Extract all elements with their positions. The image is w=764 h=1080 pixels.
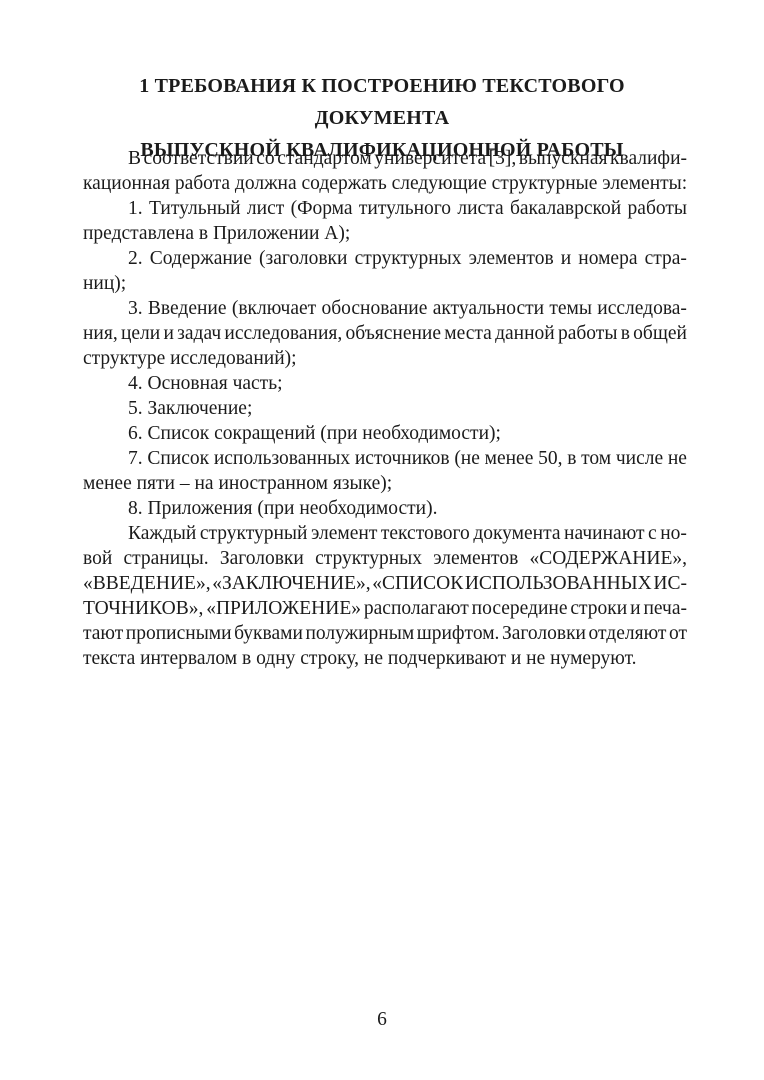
text-line: войстраницы.Заголовкиструктурныхэлементо… xyxy=(83,546,687,571)
paragraph: 7.Списокиспользованныхисточников(неменее… xyxy=(83,446,687,496)
paragraph: 5. Заключение; xyxy=(83,396,687,421)
paragraph: 3.Введение(включаетобоснованиеактуальнос… xyxy=(83,296,687,371)
text-line: ния,целиизадачисследования,объяснениемес… xyxy=(83,321,687,346)
text-line: «ВВЕДЕНИЕ»,«ЗАКЛЮЧЕНИЕ»,«СПИСОКИСПОЛЬЗОВ… xyxy=(83,571,687,596)
text-line: таютпрописнымибуквамиполужирнымшрифтом.З… xyxy=(83,621,687,646)
text-line: Всоответствиисостандартомуниверситета[3]… xyxy=(83,146,687,171)
text-line: кационная работа должна содержать следую… xyxy=(83,171,687,196)
text-line: представлена в Приложении А); xyxy=(83,221,687,246)
paragraph: 6. Список сокращений (при необходимости)… xyxy=(83,421,687,446)
text-line: Каждыйструктурныйэлементтекстовогодокуме… xyxy=(83,521,687,546)
text-line: 8. Приложения (при необходимости). xyxy=(83,496,687,521)
document-page: 1 ТРЕБОВАНИЯ К ПОСТРОЕНИЮ ТЕКСТОВОГО ДОК… xyxy=(0,0,764,1080)
text-line: 3.Введение(включаетобоснованиеактуальнос… xyxy=(83,296,687,321)
page-number: 6 xyxy=(0,1007,764,1032)
paragraph: 4. Основная часть; xyxy=(83,371,687,396)
text-line: менее пяти – на иностранном языке); xyxy=(83,471,687,496)
text-line: структуре исследований); xyxy=(83,346,687,371)
section-heading-line-1: 1 ТРЕБОВАНИЯ К ПОСТРОЕНИЮ ТЕКСТОВОГО ДОК… xyxy=(80,70,684,134)
text-line: 6. Список сокращений (при необходимости)… xyxy=(83,421,687,446)
text-line: 1.Титульныйлист(Форматитульноголистабака… xyxy=(83,196,687,221)
paragraph: 1.Титульныйлист(Форматитульноголистабака… xyxy=(83,196,687,246)
paragraph: Каждыйструктурныйэлементтекстовогодокуме… xyxy=(83,521,687,671)
text-line: 2.Содержание(заголовкиструктурныхэлемент… xyxy=(83,246,687,271)
text-line: 7.Списокиспользованныхисточников(неменее… xyxy=(83,446,687,471)
document-body: Всоответствиисостандартомуниверситета[3]… xyxy=(83,146,687,671)
paragraph: 2.Содержание(заголовкиструктурныхэлемент… xyxy=(83,246,687,296)
text-line: 4. Основная часть; xyxy=(83,371,687,396)
paragraph: Всоответствиисостандартомуниверситета[3]… xyxy=(83,146,687,196)
paragraph: 8. Приложения (при необходимости). xyxy=(83,496,687,521)
text-line: ТОЧНИКОВ»,«ПРИЛОЖЕНИЕ»располагаютпосеред… xyxy=(83,596,687,621)
text-line: ниц); xyxy=(83,271,687,296)
text-line: текста интервалом в одну строку, не подч… xyxy=(83,646,687,671)
text-line: 5. Заключение; xyxy=(83,396,687,421)
